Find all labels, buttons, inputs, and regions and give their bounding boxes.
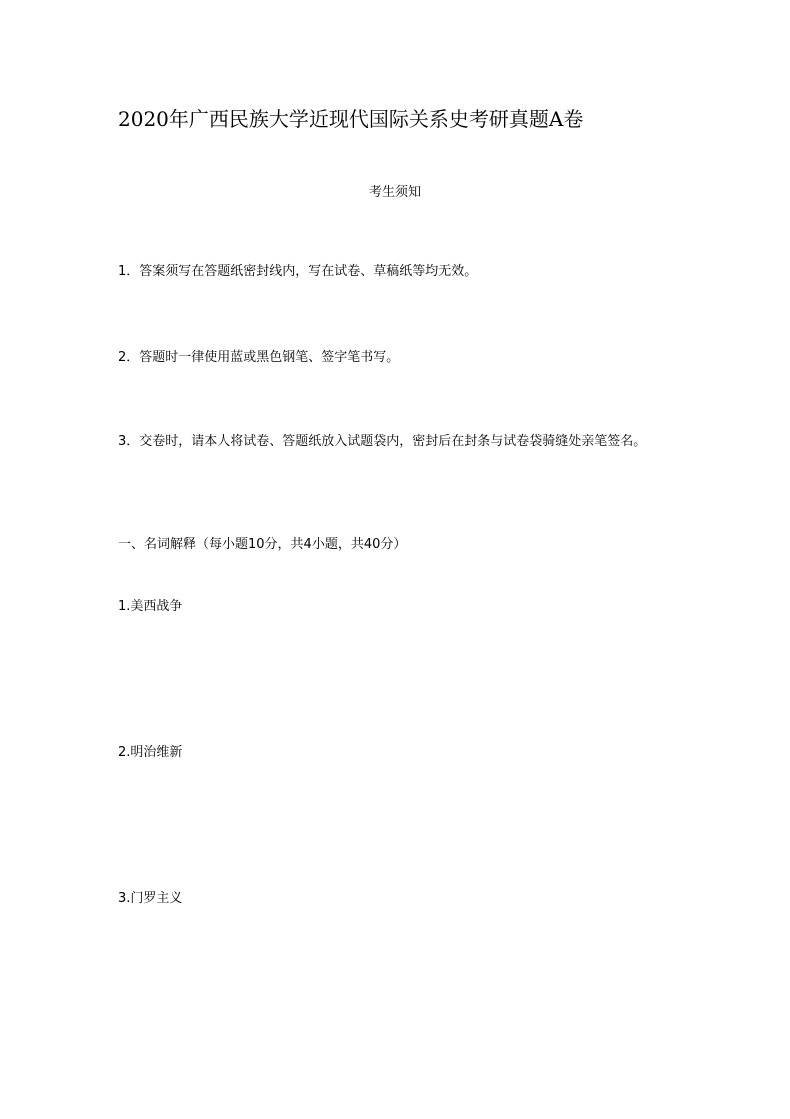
question-item: 3.门罗主义 <box>118 889 663 909</box>
notice-item: 3．交卷时，请本人将试卷、答题纸放入试题袋内，密封后在封条与试卷袋骑缝处亲笔签名… <box>118 432 663 452</box>
notice-heading: 考生须知 <box>0 181 790 200</box>
notice-item: 1．答案须写在答题纸密封线内，写在试卷、草稿纸等均无效。 <box>118 262 663 282</box>
question-item: 1.美西战争 <box>118 597 663 617</box>
notice-item: 2．答题时一律使用蓝或黑色钢笔、签字笔书写。 <box>118 348 663 368</box>
question-item: 2.明治维新 <box>118 743 663 763</box>
document-page: 2020年广西民族大学近现代国际关系史考研真题A卷 考生须知 1．答案须写在答题… <box>0 0 790 1119</box>
section-heading: 一、名词解释（每小题10分，共4小题，共40分） <box>118 535 663 555</box>
document-title: 2020年广西民族大学近现代国际关系史考研真题A卷 <box>118 103 583 132</box>
